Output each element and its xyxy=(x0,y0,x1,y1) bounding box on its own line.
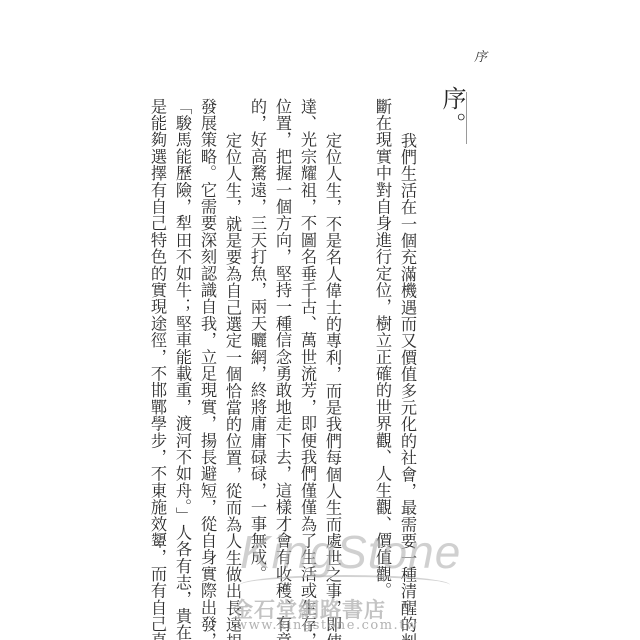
text-column-6: 的，好高騖遠，三天打魚，兩天曬網，終將庸庸碌碌，一事無成。 xyxy=(245,98,270,578)
paragraph-gap xyxy=(345,98,370,578)
text-column-1: 我們生活在一個充滿機遇而又價值多元化的社會，最需要一種清醒的判斷能力，從而不 xyxy=(395,98,420,578)
watermark-swoosh xyxy=(240,575,450,595)
text-column-7: 定位人生，就是要為自己選定一個恰當的位置，從而為人生做出長遠規劃，謀求長久的 xyxy=(220,98,245,578)
chapter-title: 序。 xyxy=(440,86,464,138)
vertical-text-block: 我們生活在一個充滿機遇而又價值多元化的社會，最需要一種清醒的判斷能力，從而不 斷… xyxy=(145,98,420,578)
text-column-8: 發展策略。它需要深刻認識自我，立足現實，揚長避短，從自身實際出發，做到知己知彼。 xyxy=(195,98,220,578)
text-column-9: 「駿馬能歷險，犁田不如牛；堅車能載重，渡河不如舟。」人各有志，貴在適合自己，關鍵 xyxy=(170,98,195,578)
title-rule-divider xyxy=(466,92,467,144)
text-column-5: 位置，把握一個方向，堅持一種信念勇敢地走下去，這樣才會有收穫、有意義，否則漫無目 xyxy=(270,98,295,578)
text-column-3: 定位人生，不是名人偉士的專利，而是我們每個人生而處世之事，即使我們不求飛黃騰 xyxy=(320,98,345,578)
watermark-logo: KingStone xyxy=(240,525,461,579)
running-header: 序 xyxy=(474,46,487,65)
text-column-2: 斷在現實中對自身進行定位，樹立正確的世界觀、人生觀、價值觀。 xyxy=(370,98,395,578)
watermark-url: www.kingstone.com.tw xyxy=(236,618,419,633)
text-column-4: 達、光宗耀祖，不圖名垂千古、萬世流芳，即便我們僅僅為了生活或生存，也只有選定一個 xyxy=(295,98,320,578)
text-column-10: 是能夠選擇有自己特色的實現途徑，不邯鄲學步，不東施效顰，而有自己真正崇尚的行事方 xyxy=(145,98,170,578)
